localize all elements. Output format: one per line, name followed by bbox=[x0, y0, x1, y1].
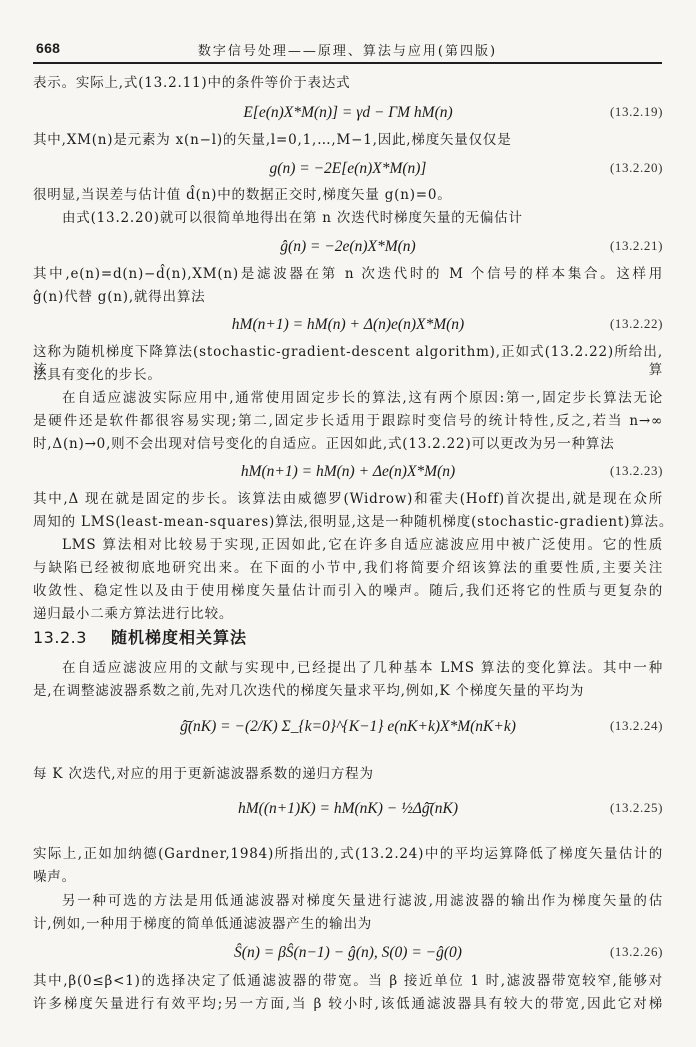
paragraph-line: 周知的 LMS(least-mean-squares)算法,很明显,这是一种随机… bbox=[33, 513, 663, 531]
paragraph-line: 表示。实际上,式(13.2.11)中的条件等价于表达式 bbox=[33, 74, 663, 92]
paragraph-line: 在自适应滤波实际应用中,通常使用固定步长的算法,这有两个原因:第一,固定步长算法… bbox=[62, 389, 663, 407]
paragraph-line: 是硬件还是软件都很容易实现;第二,固定步长适用于跟踪时变信号的统计特性,反之,若… bbox=[33, 412, 663, 430]
equation-13-2-20: g(n) = −2E[e(n)X*M(n)] (13.2.20) bbox=[33, 158, 663, 182]
equation-13-2-19: E[e(n)X*M(n)] = γd − ΓM hM(n) (13.2.19) bbox=[33, 102, 663, 126]
paragraph-line: 法具有变化的步长。 bbox=[33, 366, 663, 384]
equation-13-2-25: hM((n+1)K) = hM(nK) − ½Δĝ̄(nK) (13.2.25) bbox=[33, 782, 663, 838]
paragraph-line: 在自适应滤波应用的文献与实现中,已经提出了几种基本 LMS 算法的变化算法。其中… bbox=[62, 659, 663, 677]
equation-13-2-23: hM(n+1) = hM(n) + Δe(n)X*M(n) (13.2.23) bbox=[33, 461, 663, 485]
paragraph-line: 计,例如,一种用于梯度的简单低通滤波器产生的输出为 bbox=[33, 915, 663, 933]
paragraph-line: 是,在调整滤波器系数之前,先对几次迭代的梯度矢量求平均,例如,K 个梯度矢量的平… bbox=[33, 682, 663, 700]
section-number: 13.2.3 bbox=[33, 628, 111, 647]
paragraph-line: 其中,β(0≤β<1)的选择决定了低通滤波器的带宽。当 β 接近单位 1 时,滤… bbox=[33, 972, 663, 990]
paragraph-line: 很明显,当误差与估计值 d̂(n)中的数据正交时,梯度矢量 g(n)=0。 bbox=[33, 186, 663, 204]
equation-formula: E[e(n)X*M(n)] = γd − ΓM hM(n) bbox=[33, 102, 663, 124]
book-page: 668 数字信号处理——原理、算法与应用(第四版) 表示。实际上,式(13.2.… bbox=[0, 0, 696, 1047]
paragraph-line: 其中,Δ 现在就是固定的步长。该算法由威德罗(Widrow)和霍夫(Hoff)首… bbox=[33, 490, 663, 508]
equation-number: (13.2.22) bbox=[610, 316, 663, 332]
equation-formula: hM(n+1) = hM(n) + Δe(n)X*M(n) bbox=[33, 461, 663, 483]
equation-formula: hM(n+1) = hM(n) + Δ(n)e(n)X*M(n) bbox=[33, 314, 663, 336]
equation-number: (13.2.24) bbox=[610, 718, 663, 734]
equation-formula: ĝ(n) = −2e(n)X*M(n) bbox=[33, 236, 663, 258]
paragraph-line: 实际上,正如加纳德(Gardner,1984)所指出的,式(13.2.24)中的… bbox=[33, 845, 663, 863]
equation-number: (13.2.19) bbox=[610, 104, 663, 120]
paragraph-line: LMS 算法相对比较易于实现,正因如此,它在许多自适应滤波应用中被广泛使用。它的… bbox=[62, 536, 663, 554]
header-rule bbox=[33, 62, 662, 64]
paragraph-line: 噪声。 bbox=[33, 868, 663, 886]
equation-number: (13.2.26) bbox=[610, 944, 663, 960]
equation-13-2-21: ĝ(n) = −2e(n)X*M(n) (13.2.21) bbox=[33, 236, 663, 260]
paragraph-line: 由式(13.2.20)就可以很简单地得出在第 n 次迭代时梯度矢量的无偏估计 bbox=[62, 209, 663, 227]
paragraph-line: 另一种可选的方法是用低通滤波器对梯度矢量进行滤波,用滤波器的输出作为梯度矢量的估 bbox=[62, 892, 663, 910]
equation-13-2-22: hM(n+1) = hM(n) + Δ(n)e(n)X*M(n) (13.2.2… bbox=[33, 314, 663, 338]
equation-formula: Ŝ(n) = βŜ(n−1) − ĝ(n), S(0) = −ĝ(0) bbox=[33, 942, 663, 964]
section-title: 随机梯度相关算法 bbox=[111, 628, 247, 647]
equation-number: (13.2.20) bbox=[610, 160, 663, 176]
equation-formula: ĝ̄(nK) = −(2/K) Σ_{k=0}^{K−1} e(nK+k)X*M… bbox=[33, 716, 663, 738]
paragraph-line: 其中,XM(n)是元素为 x(n−l)的矢量,l=0,1,…,M−1,因此,梯度… bbox=[33, 131, 663, 149]
paragraph-line: 其中,e(n)=d(n)−d̂(n),XM(n)是滤波器在第 n 次迭代时的 M… bbox=[33, 265, 663, 283]
equation-13-2-24: ĝ̄(nK) = −(2/K) Σ_{k=0}^{K−1} e(nK+k)X*M… bbox=[33, 700, 663, 756]
paragraph-line: 递归最小二乘方算法进行比较。 bbox=[33, 605, 663, 623]
paragraph-line: 许多梯度矢量进行有效平均;另一方面,当 β 较小时,该低通滤波器具有较大的带宽,… bbox=[33, 995, 663, 1013]
paragraph-line: 每 K 次迭代,对应的用于更新滤波器系数的递归方程为 bbox=[33, 765, 663, 783]
equation-13-2-26: Ŝ(n) = βŜ(n−1) − ĝ(n), S(0) = −ĝ(0) (13.… bbox=[33, 942, 663, 966]
paragraph-line: 时,Δ(n)→0,则不会出现对信号变化的自适应。正因如此,式(13.2.22)可… bbox=[33, 435, 663, 453]
equation-number: (13.2.25) bbox=[610, 800, 663, 816]
running-head: 668 数字信号处理——原理、算法与应用(第四版) bbox=[33, 38, 662, 60]
paragraph-line: 与缺陷已经被彻底地研究出来。在下面的小节中,我们将简要介绍该算法的重要性质,主要… bbox=[33, 559, 663, 577]
paragraph-line: ĝ(n)代替 g(n),就得出算法 bbox=[33, 288, 663, 306]
book-title: 数字信号处理——原理、算法与应用(第四版) bbox=[33, 40, 662, 59]
equation-formula: g(n) = −2E[e(n)X*M(n)] bbox=[33, 158, 663, 180]
equation-number: (13.2.23) bbox=[610, 463, 663, 479]
equation-formula: hM((n+1)K) = hM(nK) − ½Δĝ̄(nK) bbox=[33, 798, 663, 820]
paragraph-line: 收敛性、稳定性以及由于使用梯度矢量估计而引入的噪声。随后,我们还将它的性质与更复… bbox=[33, 582, 663, 600]
equation-number: (13.2.21) bbox=[610, 238, 663, 254]
section-heading: 13.2.3随机梯度相关算法 bbox=[33, 625, 247, 647]
